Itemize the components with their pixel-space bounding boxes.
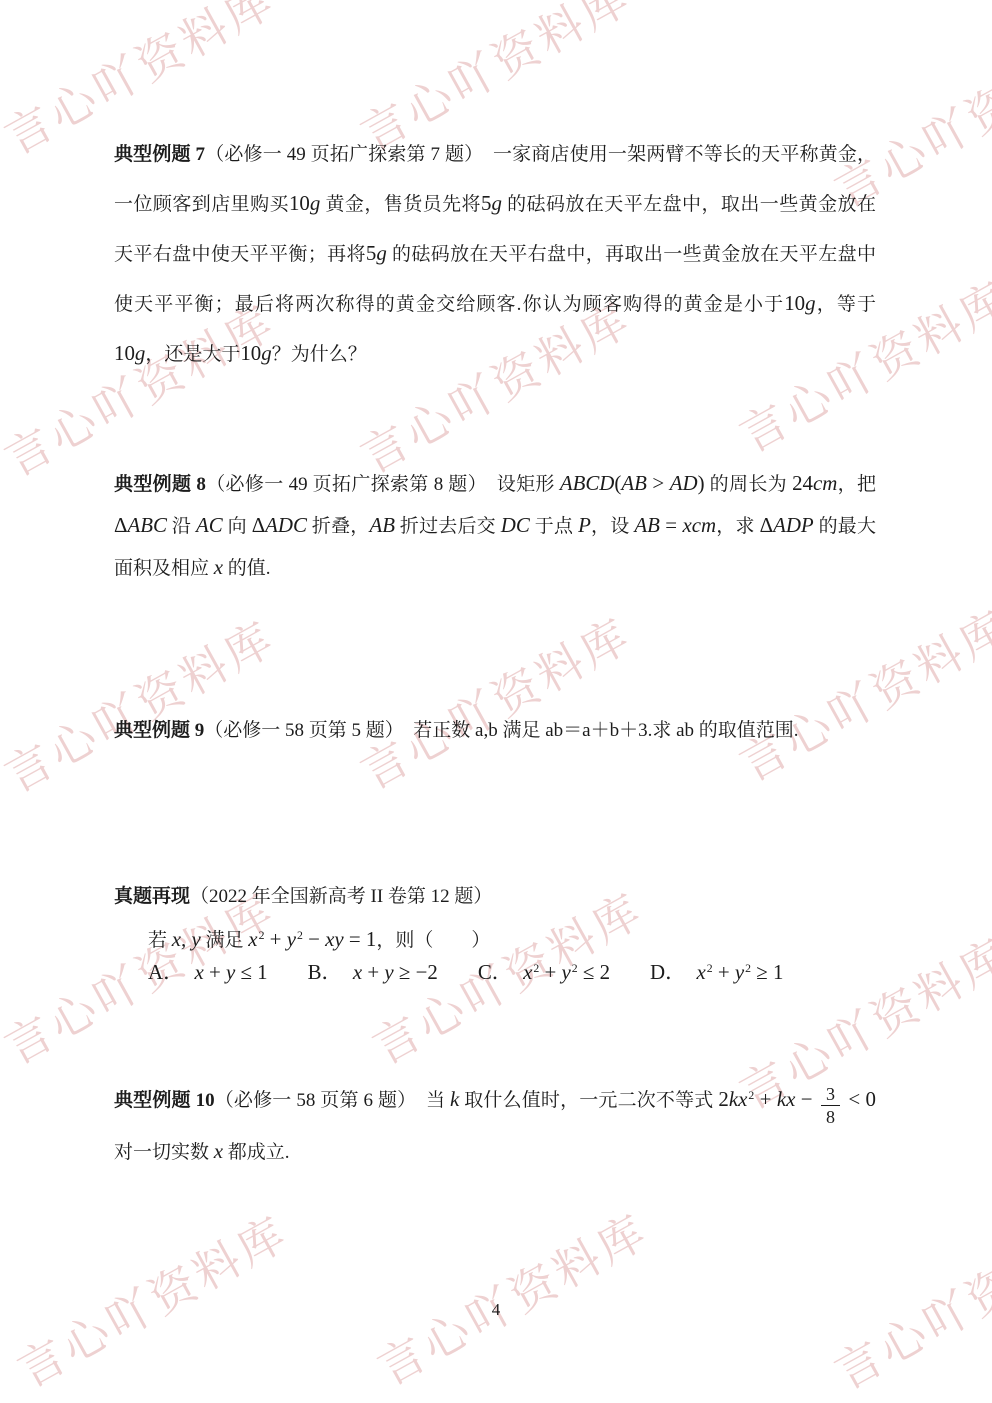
math-italic-segment: ABC	[127, 513, 166, 537]
math-italic-segment: x	[248, 927, 257, 951]
math-italic-segment: y	[384, 960, 393, 984]
math-italic-segment: AB	[634, 513, 660, 537]
option-d: D． x2 + y2 ≥ 1	[650, 952, 783, 994]
math-roman-segment: +	[754, 1087, 777, 1111]
bold-segment: 典型例题 7	[114, 144, 205, 165]
math-italic-segment: AB	[621, 471, 647, 495]
text-segment: ？为什么？	[272, 344, 367, 365]
math-italic-segment: kx	[729, 1087, 748, 1111]
math-roman-segment: )	[698, 471, 705, 495]
math-roman-segment: −	[303, 927, 325, 951]
math-italic-segment: ABCD	[560, 471, 615, 495]
math-italic-segment: x	[214, 1139, 223, 1163]
option-a: A． x + y ≤ 1	[148, 952, 268, 994]
math-italic-segment: k	[450, 1087, 459, 1111]
math-italic-segment: y	[562, 960, 571, 984]
math-roman-segment: 10	[784, 291, 805, 315]
text-segment: 都成立.	[223, 1142, 290, 1163]
math-italic-segment: x	[353, 960, 362, 984]
math-italic-segment: x, y	[172, 927, 201, 951]
math-italic-segment: DC	[501, 513, 530, 537]
math-italic-segment: P	[578, 513, 591, 537]
math-italic-segment: g	[135, 341, 145, 365]
math-roman-segment: 5	[366, 241, 376, 265]
math-roman-segment: D．	[650, 960, 696, 984]
math-roman-segment: −	[795, 1087, 818, 1111]
problem-7: 典型例题 7（必修一 49 页拓广探索第 7 题） 一家商店使用一架两臂不等长的…	[114, 131, 876, 379]
page-number: 4	[0, 1300, 992, 1320]
text-segment: 向	[223, 516, 252, 537]
math-roman-segment: B．	[308, 960, 353, 984]
document-page: 言心吖资料库 言心吖资料库 言心吖资料库 言心吖资料库 言心吖资料库 言心吖资料…	[0, 0, 992, 1403]
text-segment: 取什么值时，一元二次不等式	[459, 1090, 718, 1111]
bold-segment: 典型例题 10	[114, 1090, 215, 1111]
math-italic-segment: y	[735, 960, 744, 984]
math-roman-segment: >	[647, 471, 670, 495]
math-italic-segment: x	[214, 555, 223, 579]
text-segment: ，还是大于	[145, 344, 240, 365]
text-segment: ，则（ ）	[376, 930, 490, 951]
text-segment: ，求	[716, 516, 760, 537]
math-roman-segment: 10	[114, 341, 135, 365]
math-roman-segment: =	[660, 513, 683, 537]
problem-10: 典型例题 10（必修一 58 页第 6 题） 当 k 取什么值时，一元二次不等式…	[114, 1075, 876, 1177]
text-segment: ，把	[837, 474, 876, 495]
math-italic-segment: x	[523, 960, 532, 984]
bold-segment: 真题再现	[114, 886, 190, 907]
text-segment: 黄金，售货员先将	[320, 194, 481, 215]
math-roman-segment: +	[713, 960, 735, 984]
math-italic-segment: ADP	[773, 513, 814, 537]
text-segment: （必修一 58 页第 6 题） 当	[215, 1090, 450, 1111]
math-roman-segment: ≤ 1	[235, 960, 267, 984]
exam-heading: 真题再现（2022 年全国新高考 II 卷第 12 题）	[114, 881, 876, 913]
math-italic-segment: x	[194, 960, 203, 984]
math-italic-segment: g	[805, 291, 815, 315]
math-roman-segment: ≥ 1	[751, 960, 783, 984]
math-italic-segment: g	[491, 191, 501, 215]
text-segment: 的周长为	[705, 474, 792, 495]
math-italic-segment: y	[226, 960, 235, 984]
watermark-text: 言心吖资料库	[0, 612, 284, 803]
text-segment: 满足	[201, 930, 249, 951]
bold-segment: 典型例题 9	[114, 720, 204, 741]
option-b: B． x + y ≥ −2	[308, 952, 438, 994]
text-segment: 于点	[530, 516, 578, 537]
math-roman-segment: Δ	[760, 513, 773, 537]
fraction-denominator: 8	[821, 1106, 840, 1127]
watermark-text: 言心吖资料库	[353, 609, 641, 800]
problem-8: 典型例题 8（必修一 49 页拓广探索第 8 题） 设矩形 ABCD(AB > …	[114, 463, 876, 589]
math-roman-segment: 5	[481, 191, 491, 215]
text-segment: 沿	[167, 516, 196, 537]
text-segment: ，设	[591, 516, 635, 537]
text-segment: （必修一 49 页拓广探索第 8 题） 设矩形	[206, 474, 560, 495]
bold-segment: 典型例题 8	[114, 474, 206, 495]
math-roman-segment: = 1	[344, 927, 377, 951]
math-roman-segment: ≥ −2	[394, 960, 438, 984]
text-segment: ，等于	[816, 294, 876, 315]
math-roman-segment: +	[264, 927, 286, 951]
math-roman-segment: 2	[718, 1087, 728, 1111]
math-roman-segment: ≤ 2	[578, 960, 610, 984]
math-roman-segment: C．	[478, 960, 523, 984]
watermark-text: 言心吖资料库	[732, 601, 992, 792]
exam-options: A． x + y ≤ 1 B． x + y ≥ −2 C． x2 + y2 ≤ …	[148, 952, 928, 994]
text-segment: 折过去后交	[395, 516, 501, 537]
text-segment: 若	[148, 930, 172, 951]
text-segment: 对一切实数	[114, 1142, 214, 1163]
math-italic-segment: x	[696, 960, 705, 984]
math-roman-segment: A．	[148, 960, 194, 984]
fraction: 38	[821, 1084, 840, 1127]
math-italic-segment: xcm	[682, 513, 716, 537]
option-c: C． x2 + y2 ≤ 2	[478, 952, 610, 994]
math-roman-segment: +	[539, 960, 561, 984]
text-segment: 折叠，	[307, 516, 370, 537]
math-roman-segment: +	[204, 960, 226, 984]
math-roman-segment: Δ	[252, 513, 265, 537]
math-italic-segment: kx	[777, 1087, 796, 1111]
math-italic-segment: g	[310, 191, 320, 215]
problem-9: 典型例题 9（必修一 58 页第 5 题） 若正数 a,b 满足 ab＝a＋b＋…	[114, 711, 876, 751]
math-roman-segment: 10	[240, 341, 261, 365]
math-roman-segment: 10	[289, 191, 310, 215]
math-roman-segment: Δ	[114, 513, 127, 537]
math-italic-segment: y	[287, 927, 296, 951]
math-roman-segment: < 0	[843, 1087, 876, 1111]
math-italic-segment: cm	[813, 471, 837, 495]
fraction-numerator: 3	[821, 1084, 840, 1106]
math-italic-segment: AD	[670, 471, 698, 495]
math-italic-segment: ADC	[265, 513, 307, 537]
math-roman-segment: +	[362, 960, 384, 984]
math-italic-segment: g	[261, 341, 271, 365]
math-italic-segment: xy	[325, 927, 344, 951]
text-segment: （必修一 58 页第 5 题） 若正数 a,b 满足 ab＝a＋b＋3.求 ab…	[204, 720, 798, 741]
math-roman-segment: 24	[792, 471, 813, 495]
text-segment: 的值.	[223, 558, 271, 579]
text-segment: （2022 年全国新高考 II 卷第 12 题）	[190, 886, 492, 907]
math-italic-segment: g	[376, 241, 386, 265]
math-italic-segment: AC	[196, 513, 223, 537]
math-italic-segment: AB	[369, 513, 395, 537]
